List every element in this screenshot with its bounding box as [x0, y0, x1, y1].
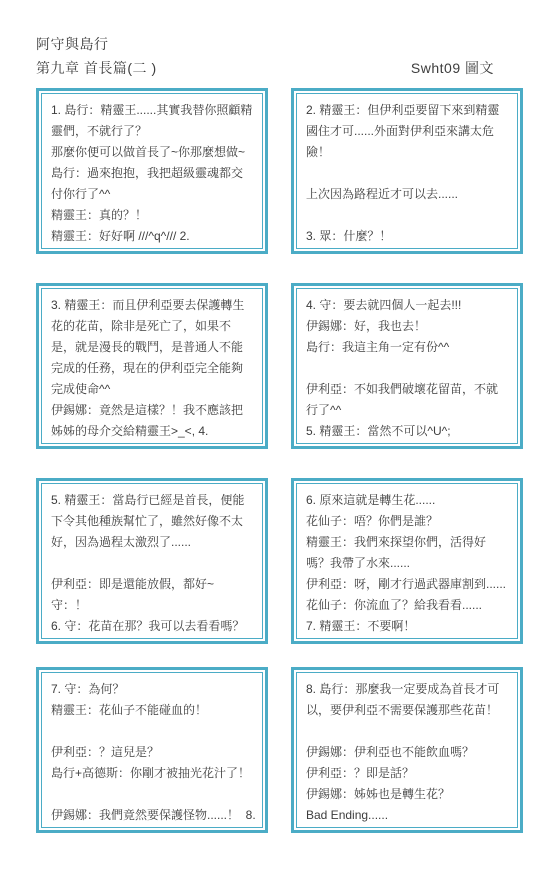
- author-credit: Swht09 圖文: [411, 57, 494, 79]
- panel-text: 3. 精靈王：而且伊利亞要去保護轉生 花的花苗，除非是死亡了，如果不 是，就是漫…: [51, 295, 253, 442]
- panel-border-inner: 3. 精靈王：而且伊利亞要去保護轉生 花的花苗，除非是死亡了，如果不 是，就是漫…: [41, 288, 263, 444]
- panel-text: 6. 原來這就是轉生花...... 花仙子：唔？你們是誰？ 精靈王：我們來探望你…: [306, 490, 508, 637]
- chapter-title: 第九章 首長篇(二 ): [36, 57, 157, 79]
- comic-panel-1: 1. 島行：精靈王......其實我替你照顧精 靈們，不就行了？ 那麼你便可以做…: [36, 88, 268, 254]
- panel-border-inner: 4. 守：要去就四個人一起去!!! 伊錫娜：好，我也去！ 島行：我這主角一定有份…: [296, 288, 518, 444]
- panel-border-inner: 6. 原來這就是轉生花...... 花仙子：唔？你們是誰？ 精靈王：我們來探望你…: [296, 483, 518, 639]
- comic-panel-4: 4. 守：要去就四個人一起去!!! 伊錫娜：好，我也去！ 島行：我這主角一定有份…: [291, 283, 523, 449]
- panel-border-inner: 2. 精靈王：但伊利亞要留下來到精靈 國住才可......外面對伊利亞來講太危 …: [296, 93, 518, 249]
- panel-text: 2. 精靈王：但伊利亞要留下來到精靈 國住才可......外面對伊利亞來講太危 …: [306, 100, 508, 247]
- chapter-row: 第九章 首長篇(二 ) Swht09 圖文: [36, 57, 494, 79]
- panel-text: 4. 守：要去就四個人一起去!!! 伊錫娜：好，我也去！ 島行：我這主角一定有份…: [306, 295, 508, 442]
- page-header: 阿守與島行 第九章 首長篇(二 ) Swht09 圖文: [36, 33, 494, 79]
- comic-panel-3: 3. 精靈王：而且伊利亞要去保護轉生 花的花苗，除非是死亡了，如果不 是，就是漫…: [36, 283, 268, 449]
- comic-panel-2: 2. 精靈王：但伊利亞要留下來到精靈 國住才可......外面對伊利亞來講太危 …: [291, 88, 523, 254]
- comic-panel-8: 8. 島行：那麼我一定要成為首長才可 以，要伊利亞不需要保護那些花苗！ 伊錫娜：…: [291, 667, 523, 833]
- panel-border-inner: 5. 精靈王：當島行已經是首長，便能 下令其他種族幫忙了，雖然好像不太 好，因為…: [41, 483, 263, 639]
- panel-border-inner: 1. 島行：精靈王......其實我替你照顧精 靈們，不就行了？ 那麼你便可以做…: [41, 93, 263, 249]
- panel-text: 5. 精靈王：當島行已經是首長，便能 下令其他種族幫忙了，雖然好像不太 好，因為…: [51, 490, 253, 637]
- panel-text: 8. 島行：那麼我一定要成為首長才可 以，要伊利亞不需要保護那些花苗！ 伊錫娜：…: [306, 679, 508, 826]
- comic-panel-6: 6. 原來這就是轉生花...... 花仙子：唔？你們是誰？ 精靈王：我們來探望你…: [291, 478, 523, 644]
- panel-text: 1. 島行：精靈王......其實我替你照顧精 靈們，不就行了？ 那麼你便可以做…: [51, 100, 253, 247]
- comic-panel-5: 5. 精靈王：當島行已經是首長，便能 下令其他種族幫忙了，雖然好像不太 好，因為…: [36, 478, 268, 644]
- comic-panel-7: 7. 守：為何？ 精靈王：花仙子不能碰血的！ 伊利亞：？這兒是？ 島行+高德斯：…: [36, 667, 268, 833]
- panel-border-inner: 8. 島行：那麼我一定要成為首長才可 以，要伊利亞不需要保護那些花苗！ 伊錫娜：…: [296, 672, 518, 828]
- panel-text: 7. 守：為何？ 精靈王：花仙子不能碰血的！ 伊利亞：？這兒是？ 島行+高德斯：…: [51, 679, 253, 826]
- page-title: 阿守與島行: [36, 33, 494, 55]
- panel-border-inner: 7. 守：為何？ 精靈王：花仙子不能碰血的！ 伊利亞：？這兒是？ 島行+高德斯：…: [41, 672, 263, 828]
